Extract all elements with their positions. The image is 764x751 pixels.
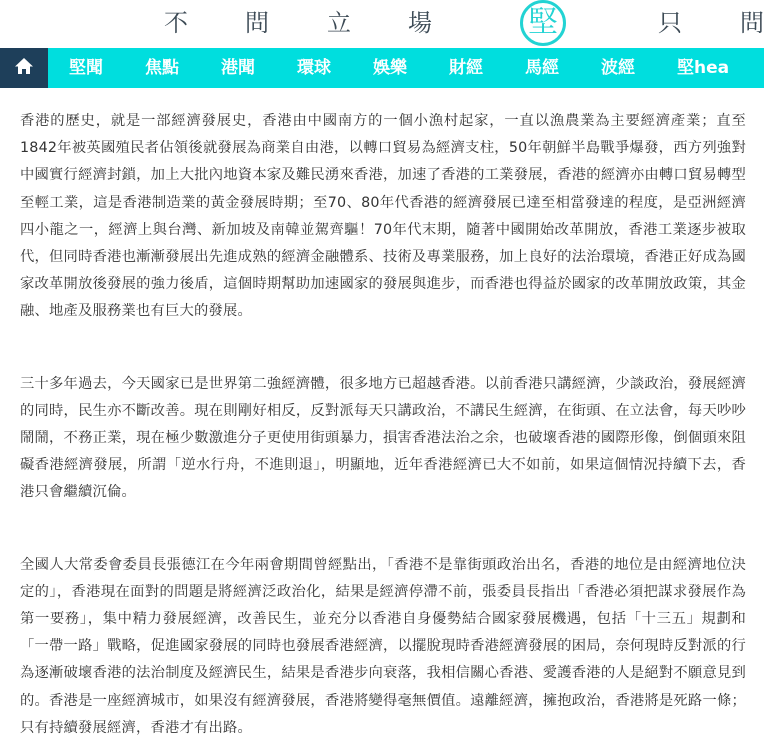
home-button[interactable] (0, 48, 48, 88)
nav-item-finance[interactable]: 財經 (449, 48, 483, 88)
slogan-char: 問 (245, 8, 269, 38)
logo-char: 堅 (528, 5, 558, 40)
slogan-char: 不 (164, 8, 188, 38)
article-paragraph: 香港的歷史，就是一部經濟發展史，香港由中國南方的一個小漁村起家，一直以漁農業為主… (20, 108, 746, 326)
home-icon (14, 57, 34, 79)
masthead: 不 問 立 場 堅 只 問 (0, 0, 764, 48)
nav-item-kin-news[interactable]: 堅聞 (69, 48, 103, 88)
nav-item-hk-news[interactable]: 港聞 (221, 48, 255, 88)
nav-item-football[interactable]: 波經 (601, 48, 635, 88)
nav-item-focus[interactable]: 焦點 (145, 48, 179, 88)
main-nav: 堅聞 焦點 港聞 環球 娛樂 財經 馬經 波經 堅hea (0, 48, 764, 88)
article-paragraph: 全國人大常委會委員長張德江在今年兩會期間曾經點出，「香港不是靠街頭政治出名，香港… (20, 552, 746, 742)
nav-item-kin-hea[interactable]: 堅hea (677, 48, 729, 88)
nav-item-horse-racing[interactable]: 馬經 (525, 48, 559, 88)
slogan-char: 問 (740, 8, 764, 38)
nav-item-entertainment[interactable]: 娛樂 (373, 48, 407, 88)
article-body: 香港的歷史，就是一部經濟發展史，香港由中國南方的一個小漁村起家，一直以漁農業為主… (20, 108, 746, 742)
slogan-char: 立 (327, 8, 351, 38)
slogan-char: 只 (658, 8, 682, 38)
site-logo[interactable]: 堅 (520, 0, 566, 46)
nav-item-world[interactable]: 環球 (297, 48, 331, 88)
slogan-char: 場 (408, 8, 432, 38)
article-paragraph: 三十多年過去，今天國家已是世界第二強經濟體，很多地方已超越香港。以前香港只講經濟… (20, 371, 746, 507)
